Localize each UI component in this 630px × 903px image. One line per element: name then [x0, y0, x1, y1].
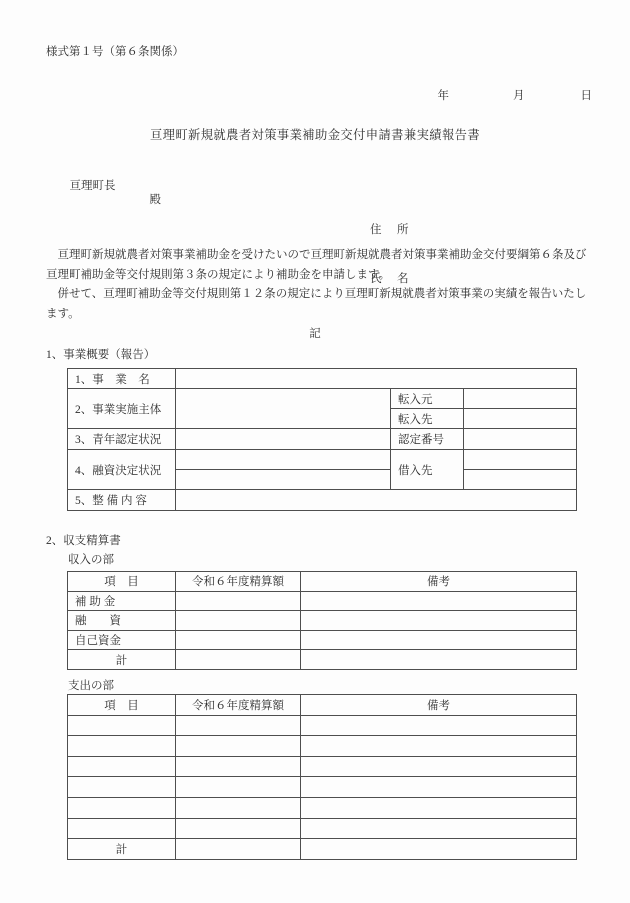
- income-subsidy-amount-cell: [176, 591, 301, 611]
- income-own-funds-remarks-cell: [301, 630, 577, 650]
- transfer-from-cell: [464, 389, 577, 409]
- income-loan-amount-cell: [176, 611, 301, 631]
- expense-subheading: 支出の部: [68, 680, 114, 694]
- income-total-label: 計: [68, 650, 176, 670]
- expense-row: [68, 756, 577, 777]
- report-paragraph-line-1: 併せて、亘理町補助金等交付規則第１２条の規定により亘理町新規就農者対策事業の実績…: [46, 285, 593, 305]
- expense-item-cell: [68, 777, 176, 798]
- honorific-label: 殿: [150, 194, 162, 208]
- expense-header-remarks: 備考: [301, 695, 577, 716]
- table-row: 自己資金: [68, 630, 577, 650]
- income-own-funds-amount-cell: [176, 630, 301, 650]
- income-own-funds-label: 自己資金: [68, 630, 176, 650]
- expense-row: [68, 818, 577, 839]
- income-header-row: 項 目 令和６年度精算額 備考: [68, 572, 577, 592]
- income-subsidy-label: 補 助 金: [68, 591, 176, 611]
- table-row: 補 助 金: [68, 591, 577, 611]
- implementer-cell: [176, 389, 391, 429]
- business-name-cell: [176, 369, 577, 389]
- record-mark: 記: [0, 328, 630, 342]
- income-loan-remarks-cell: [301, 611, 577, 631]
- expense-remarks-cell: [301, 715, 577, 736]
- expense-total-row: 計: [68, 839, 577, 860]
- expense-item-cell: [68, 715, 176, 736]
- expense-remarks-cell: [301, 797, 577, 818]
- expense-item-cell: [68, 797, 176, 818]
- lender-label: 借入先: [391, 450, 464, 490]
- expense-amount-cell: [176, 736, 301, 757]
- income-total-remarks-cell: [301, 650, 577, 670]
- report-paragraph-line-2: ます。: [46, 305, 593, 325]
- income-header-amount: 令和６年度精算額: [176, 572, 301, 592]
- expense-amount-cell: [176, 715, 301, 736]
- expense-header-row: 項 目 令和６年度精算額 備考: [68, 695, 577, 716]
- expense-row: [68, 797, 577, 818]
- expense-total-label: 計: [68, 839, 176, 860]
- addressee-line: 亘理町長 殿: [58, 166, 161, 221]
- table-row: 5、整 備 内 容: [68, 490, 577, 511]
- body-text: 亘理町新規就農者対策事業補助金を受けたいので亘理町新規就農者対策事業補助金交付要…: [46, 246, 593, 325]
- expense-table: 項 目 令和６年度精算額 備考: [67, 694, 577, 860]
- expense-header-amount: 令和６年度精算額: [176, 695, 301, 716]
- expense-total-remarks-cell: [301, 839, 577, 860]
- expense-total-amount-cell: [176, 839, 301, 860]
- expense-amount-cell: [176, 818, 301, 839]
- loan-decision-cell-1: [176, 450, 391, 470]
- application-paragraph-line-2: 亘理町補助金等交付規則第３条の規定により補助金を申請します。: [46, 266, 593, 286]
- expense-row: [68, 736, 577, 757]
- expense-remarks-cell: [301, 777, 577, 798]
- expense-item-cell: [68, 756, 176, 777]
- loan-decision-label: 4、融資決定状況: [68, 450, 176, 490]
- youth-certification-label: 3、青年認定状況: [68, 429, 176, 450]
- facility-details-cell: [176, 490, 577, 511]
- document-page: 様式第１号（第６条関係） 年 月 日 亘理町新規就農者対策事業補助金交付申請書兼…: [0, 0, 630, 903]
- section1-heading: 1、事業概要（報告）: [46, 349, 155, 363]
- expense-item-cell: [68, 818, 176, 839]
- expense-amount-cell: [176, 756, 301, 777]
- expense-amount-cell: [176, 777, 301, 798]
- expense-item-cell: [68, 736, 176, 757]
- loan-decision-cell-2: [176, 470, 391, 490]
- date-line: 年 月 日: [438, 90, 593, 104]
- table-row: 4、融資決定状況 借入先: [68, 450, 577, 470]
- expense-remarks-cell: [301, 818, 577, 839]
- expense-remarks-cell: [301, 736, 577, 757]
- income-subheading: 収入の部: [68, 554, 114, 568]
- addressee-name: 亘理町長: [70, 180, 116, 192]
- implementer-label: 2、事業実施主体: [68, 389, 176, 429]
- income-subsidy-remarks-cell: [301, 591, 577, 611]
- overview-table: 1、事 業 名 2、事業実施主体 転入元 転入先 3、青年認定状況 認定番号 4…: [67, 368, 577, 511]
- section2-heading: 2、収支精算書: [46, 535, 121, 549]
- facility-details-label: 5、整 備 内 容: [68, 490, 176, 511]
- lender-cell-2: [464, 470, 577, 490]
- transfer-from-label: 転入元: [391, 389, 464, 409]
- income-total-amount-cell: [176, 650, 301, 670]
- table-row: 3、青年認定状況 認定番号: [68, 429, 577, 450]
- table-row: 1、事 業 名: [68, 369, 577, 389]
- transfer-to-label: 転入先: [391, 409, 464, 429]
- expense-header-item: 項 目: [68, 695, 176, 716]
- table-row: 融 資: [68, 611, 577, 631]
- document-title: 亘理町新規就農者対策事業補助金交付申請書兼実績報告書: [0, 128, 630, 143]
- expense-row: [68, 777, 577, 798]
- youth-certification-cell: [176, 429, 391, 450]
- day-label: 日: [581, 90, 593, 104]
- income-header-remarks: 備考: [301, 572, 577, 592]
- expense-remarks-cell: [301, 756, 577, 777]
- transfer-to-cell: [464, 409, 577, 429]
- income-loan-label: 融 資: [68, 611, 176, 631]
- year-label: 年: [438, 90, 450, 104]
- expense-row: [68, 715, 577, 736]
- month-label: 月: [513, 90, 525, 104]
- form-number: 様式第１号（第６条関係）: [46, 46, 184, 60]
- income-total-row: 計: [68, 650, 577, 670]
- income-table: 項 目 令和６年度精算額 備考 補 助 金 融 資 自己資金 計: [67, 571, 577, 670]
- certification-number-cell: [464, 429, 577, 450]
- income-header-item: 項 目: [68, 572, 176, 592]
- application-paragraph-line-1: 亘理町新規就農者対策事業補助金を受けたいので亘理町新規就農者対策事業補助金交付要…: [46, 246, 593, 266]
- certification-number-label: 認定番号: [391, 429, 464, 450]
- expense-amount-cell: [176, 797, 301, 818]
- business-name-label: 1、事 業 名: [68, 369, 176, 389]
- lender-cell-1: [464, 450, 577, 470]
- table-row: 2、事業実施主体 転入元: [68, 389, 577, 409]
- address-label: 住 所: [370, 222, 411, 238]
